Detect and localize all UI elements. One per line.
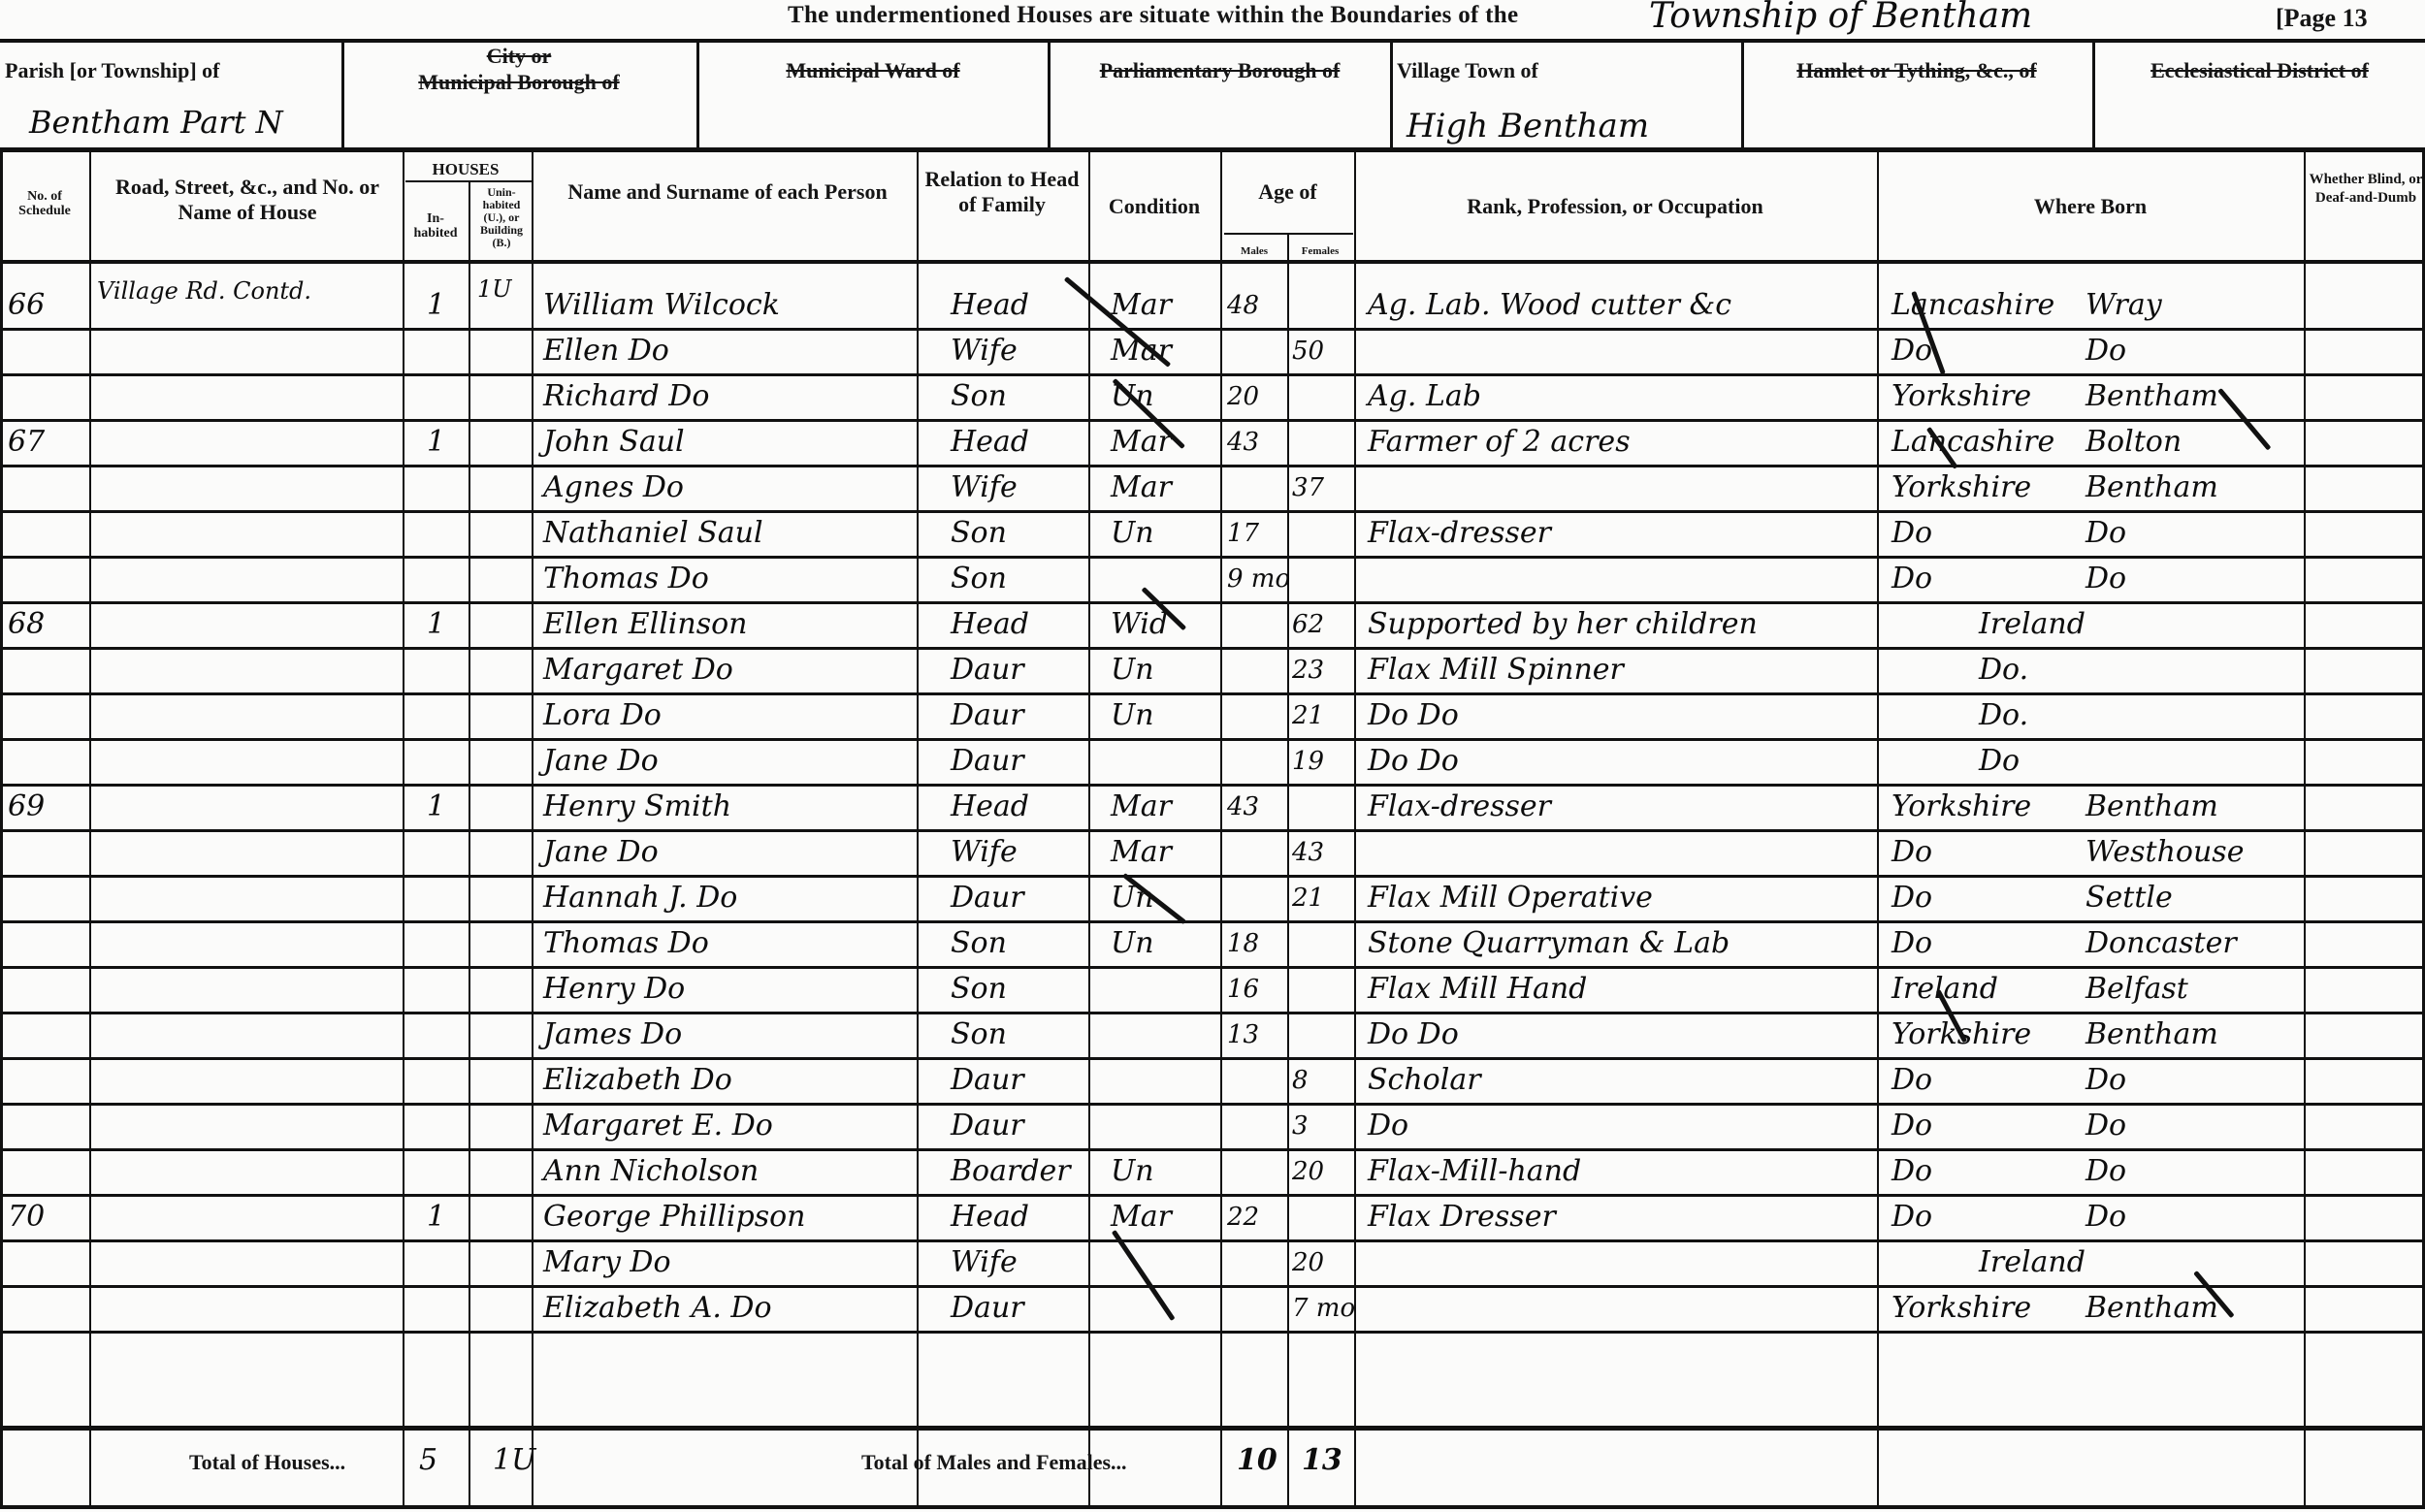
cell-born-county: Yorkshire: [1891, 470, 2031, 505]
cell-relation: Wife: [951, 1245, 1018, 1280]
cell-born-county: Do: [1979, 744, 2020, 779]
total-females: 13: [1302, 1443, 1342, 1478]
cell-inhabited: 1: [427, 288, 445, 323]
rule: [0, 39, 2425, 43]
cell-occupation: Do Do: [1368, 1017, 1459, 1052]
total-males: 10: [1237, 1443, 1277, 1478]
col-road: Road, Street, &c., and No. or Name of Ho…: [97, 175, 398, 225]
cell-condition: Un: [1111, 1154, 1154, 1189]
cell-born-place: Settle: [2085, 881, 2173, 916]
cell-relation: Wife: [951, 334, 1018, 369]
cell-name: Nathaniel Saul: [543, 516, 763, 551]
cell-relation: Daur: [951, 881, 1024, 916]
divider: [2092, 41, 2095, 149]
cell-name: John Saul: [543, 425, 685, 460]
cell-female-age: 3: [1292, 1109, 1309, 1143]
ward-label: Municipal Ward of: [703, 58, 1043, 83]
cell-relation: Head: [951, 425, 1029, 460]
cell-name: Lora Do: [543, 698, 662, 733]
col-houses: HOUSES: [403, 157, 529, 182]
row-rule: [0, 1057, 2425, 1060]
cell-born-place: Bentham: [2085, 789, 2218, 824]
col-occupation: Rank, Profession, or Occupation: [1358, 194, 1872, 219]
row-rule: [0, 1239, 2425, 1242]
city-label-1: City or: [349, 44, 689, 69]
cell-relation: Head: [951, 789, 1029, 824]
cell-name: Elizabeth Do: [543, 1063, 732, 1098]
cell-born-county: Do.: [1979, 653, 2028, 688]
cell-condition: Un: [1111, 926, 1154, 961]
divider: [341, 41, 344, 149]
cell-condition: Un: [1111, 698, 1154, 733]
row-rule: [0, 692, 2425, 695]
rule: [0, 1505, 2425, 1509]
cell-inhabited: 1: [427, 607, 445, 642]
parliamentary-label: Parliamentary Borough of: [1052, 58, 1387, 83]
cell-relation: Daur: [951, 1291, 1024, 1326]
cell-female-age: 43: [1292, 835, 1324, 870]
cell-occupation: Flax Mill Spinner: [1368, 653, 1624, 688]
cell-male-age: 20: [1227, 379, 1259, 414]
cell-born-place: Westhouse: [2085, 835, 2244, 870]
checkmark-stroke: [1112, 1230, 1176, 1321]
cell-schedule: 66: [8, 288, 45, 323]
parish-value: Bentham Part N: [29, 105, 283, 140]
row-rule: [0, 419, 2425, 422]
cell-name: Thomas Do: [543, 562, 709, 596]
cell-condition: Un: [1111, 881, 1154, 916]
cell-occupation: Stone Quarryman & Lab: [1368, 926, 1730, 961]
page-number: [Page 13: [2276, 4, 2368, 33]
row-rule: [0, 1285, 2425, 1288]
row-rule: [0, 1331, 2425, 1334]
cell-born-county: Lancashire: [1891, 425, 2054, 460]
town-label: Village Town of: [1397, 58, 1620, 83]
cell-occupation: Flax-Mill-hand: [1368, 1154, 1581, 1189]
uninhabited-continuation: 1U: [477, 272, 512, 306]
cell-born-place: Do: [2085, 1109, 2126, 1143]
header-title: The undermentioned Houses are situate wi…: [788, 2, 1518, 29]
col-inhabited: In-habited: [405, 211, 466, 241]
row-rule: [0, 829, 2425, 832]
total-persons-label: Total of Males and Females...: [861, 1450, 1127, 1475]
divider: [1741, 41, 1744, 149]
cell-born-place: Bolton: [2085, 425, 2182, 460]
cell-born-place: Doncaster: [2085, 926, 2237, 961]
cell-born-place: Wray: [2085, 288, 2162, 323]
cell-female-age: 19: [1292, 744, 1324, 779]
cell-born-county: Yorkshire: [1891, 1291, 2031, 1326]
cell-born-county: Yorkshire: [1891, 789, 2031, 824]
cell-condition: Un: [1111, 516, 1154, 551]
cell-occupation: Supported by her children: [1368, 607, 1758, 642]
cell-female-age: 20: [1292, 1154, 1324, 1189]
cell-condition: Mar: [1111, 470, 1172, 505]
row-rule: [0, 1012, 2425, 1014]
cell-relation: Head: [951, 1200, 1029, 1235]
cell-inhabited: 1: [427, 789, 445, 824]
cell-born-county: Do: [1891, 835, 1932, 870]
cell-condition: Mar: [1111, 1200, 1172, 1235]
cell-relation: Son: [951, 379, 1007, 414]
col-females: Females: [1288, 239, 1352, 264]
cell-male-age: 43: [1227, 425, 1259, 460]
cell-relation: Daur: [951, 1109, 1024, 1143]
col-uninhabited: Unin-habited (U.), or Building (B.): [470, 186, 533, 249]
cell-male-age: 48: [1227, 288, 1259, 323]
cell-occupation: Flax-dresser: [1368, 789, 1551, 824]
cell-schedule: 70: [8, 1200, 45, 1235]
cell-occupation: Ag. Lab: [1368, 379, 1481, 414]
cell-born-place: Do: [2085, 1154, 2126, 1189]
cell-schedule: 67: [8, 425, 45, 460]
cell-born-county: Ireland: [1979, 1245, 2085, 1280]
cell-born-place: Bentham: [2085, 470, 2218, 505]
cell-relation: Son: [951, 972, 1007, 1007]
cell-condition: Mar: [1111, 288, 1172, 323]
cell-name: Ellen Do: [543, 334, 669, 369]
cell-name: Ellen Ellinson: [543, 607, 747, 642]
cell-male-age: 9 mo: [1227, 562, 1290, 596]
row-rule: [0, 1103, 2425, 1106]
cell-female-age: 37: [1292, 470, 1324, 505]
cell-relation: Daur: [951, 698, 1024, 733]
row-rule: [0, 1148, 2425, 1151]
column-divider: [1287, 235, 1289, 1508]
cell-born-place: Bentham: [2085, 379, 2218, 414]
cell-name: William Wilcock: [543, 288, 780, 323]
header-township: Township of Bentham: [1649, 0, 2032, 36]
rule: [0, 260, 2425, 264]
cell-born-county: Do.: [1979, 698, 2028, 733]
col-blind: Whether Blind, or Deaf-and-Dumb: [2309, 171, 2423, 208]
cell-born-place: Do: [2085, 562, 2126, 596]
cell-occupation: Farmer of 2 acres: [1368, 425, 1631, 460]
cell-name: Agnes Do: [543, 470, 684, 505]
column-divider: [469, 182, 470, 1508]
cell-born-county: Do: [1891, 881, 1932, 916]
row-rule: [0, 966, 2425, 969]
cell-born-county: Do: [1891, 516, 1932, 551]
row-rule: [0, 465, 2425, 467]
cell-name: Margaret Do: [543, 653, 733, 688]
cell-name: Henry Do: [543, 972, 685, 1007]
cell-male-age: 17: [1227, 516, 1259, 551]
cell-female-age: 50: [1292, 334, 1324, 369]
cell-occupation: Flax-dresser: [1368, 516, 1551, 551]
cell-inhabited: 1: [427, 425, 445, 460]
cell-male-age: 18: [1227, 926, 1259, 961]
hamlet-label: Hamlet or Tything, &c., of: [1746, 58, 2087, 83]
cell-occupation: Do Do: [1368, 698, 1459, 733]
cell-born-county: Do: [1891, 1154, 1932, 1189]
col-age: Age of: [1222, 179, 1353, 205]
cell-male-age: 22: [1227, 1200, 1259, 1235]
divider: [1390, 41, 1393, 149]
cell-born-county: Do: [1891, 334, 1932, 369]
cell-female-age: 23: [1292, 653, 1324, 688]
total-houses-label: Total of Houses...: [189, 1450, 345, 1475]
cell-inhabited: 1: [427, 1200, 445, 1235]
cell-occupation: Flax Dresser: [1368, 1200, 1556, 1235]
cell-name: Thomas Do: [543, 926, 709, 961]
total-houses-inhabited: 5: [419, 1443, 437, 1478]
cell-male-age: 16: [1227, 972, 1259, 1007]
cell-condition: Mar: [1111, 835, 1172, 870]
cell-relation: Daur: [951, 653, 1024, 688]
cell-occupation: Scholar: [1368, 1063, 1481, 1098]
row-rule: [0, 647, 2425, 650]
cell-female-age: 21: [1292, 698, 1324, 733]
cell-born-county: Do: [1891, 1063, 1932, 1098]
cell-occupation: Flax Mill Operative: [1368, 881, 1653, 916]
cell-condition: Mar: [1111, 789, 1172, 824]
cell-relation: Daur: [951, 744, 1024, 779]
divider: [1048, 41, 1051, 149]
page-header: The undermentioned Houses are situate wi…: [0, 0, 2425, 39]
cell-condition: Wid: [1111, 607, 1168, 642]
cell-schedule: 69: [8, 789, 45, 824]
col-condition: Condition: [1091, 194, 1217, 219]
rule: [0, 1426, 2425, 1431]
row-rule: [0, 556, 2425, 559]
row-rule: [0, 784, 2425, 787]
cell-born-place: Belfast: [2085, 972, 2188, 1007]
row-rule: [0, 1194, 2425, 1197]
cell-female-age: 7 mo: [1292, 1291, 1355, 1326]
cell-born-place: Do: [2085, 334, 2126, 369]
census-page: The undermentioned Houses are situate wi…: [0, 0, 2425, 1512]
rule: [405, 180, 532, 182]
cell-born-county: Do: [1891, 562, 1932, 596]
cell-relation: Head: [951, 288, 1029, 323]
cell-occupation: Do: [1368, 1109, 1408, 1143]
cell-relation: Head: [951, 607, 1029, 642]
cell-male-age: 13: [1227, 1017, 1259, 1052]
cell-name: Jane Do: [543, 835, 659, 870]
rule: [1224, 233, 1353, 235]
row-rule: [0, 373, 2425, 376]
row-rule: [0, 510, 2425, 513]
cell-relation: Daur: [951, 1063, 1024, 1098]
ecclesiastical-label: Ecclesiastical District of: [2097, 58, 2422, 83]
rule: [0, 147, 2425, 152]
cell-relation: Son: [951, 516, 1007, 551]
cell-occupation: Ag. Lab. Wood cutter &c: [1368, 288, 1731, 323]
cell-born-place: Do: [2085, 516, 2126, 551]
col-where-born: Where Born: [1882, 194, 2299, 219]
cell-born-place: Do: [2085, 1200, 2126, 1235]
cell-female-age: 21: [1292, 881, 1324, 916]
row-rule: [0, 875, 2425, 878]
cell-born-county: Do: [1891, 926, 1932, 961]
cell-schedule: 68: [8, 607, 45, 642]
cell-name: Mary Do: [543, 1245, 671, 1280]
divider: [696, 41, 699, 149]
cell-condition: Un: [1111, 653, 1154, 688]
cell-male-age: 43: [1227, 789, 1259, 824]
cell-relation: Boarder: [951, 1154, 1071, 1189]
cell-name: Margaret E. Do: [543, 1109, 773, 1143]
cell-born-county: Yorkshire: [1891, 379, 2031, 414]
cell-born-county: Do: [1891, 1109, 1932, 1143]
cell-relation: Wife: [951, 835, 1018, 870]
cell-born-county: Do: [1891, 1200, 1932, 1235]
cell-relation: Wife: [951, 470, 1018, 505]
cell-born-place: Do: [2085, 1063, 2126, 1098]
cell-female-age: 8: [1292, 1063, 1309, 1098]
cell-name: Elizabeth A. Do: [543, 1291, 772, 1326]
parish-label: Parish [or Township] of: [5, 58, 339, 83]
col-relation: Relation to Head of Family: [920, 167, 1084, 217]
cell-relation: Son: [951, 562, 1007, 596]
col-schedule: No. of Schedule: [2, 189, 87, 218]
city-label-2: Municipal Borough of: [349, 70, 689, 95]
cell-female-age: 20: [1292, 1245, 1324, 1280]
cell-name: Richard Do: [543, 379, 709, 414]
cell-relation: Son: [951, 1017, 1007, 1052]
cell-born-place: Bentham: [2085, 1017, 2218, 1052]
cell-occupation: Do Do: [1368, 744, 1459, 779]
cell-occupation: Flax Mill Hand: [1368, 972, 1587, 1007]
town-value: High Bentham: [1406, 109, 1649, 144]
total-houses-uninhabited: 1U: [493, 1443, 535, 1478]
cell-name: Hannah J. Do: [543, 881, 737, 916]
cell-name: James Do: [543, 1017, 682, 1052]
cell-name: Jane Do: [543, 744, 659, 779]
cell-name: Ann Nicholson: [543, 1154, 759, 1189]
row-rule: [0, 601, 2425, 604]
row-rule: [0, 920, 2425, 923]
row-rule: [0, 738, 2425, 741]
col-name: Name and Surname of each Person: [543, 179, 912, 205]
cell-born-county: Ireland: [1979, 607, 2085, 642]
col-males: Males: [1224, 239, 1284, 264]
cell-name: Henry Smith: [543, 789, 731, 824]
cell-name: George Phillipson: [543, 1200, 805, 1235]
road-continuation: Village Rd. Contd.: [97, 273, 311, 308]
row-rule: [0, 328, 2425, 331]
cell-born-place: Bentham: [2085, 1291, 2218, 1326]
cell-relation: Son: [951, 926, 1007, 961]
cell-female-age: 62: [1292, 607, 1324, 642]
